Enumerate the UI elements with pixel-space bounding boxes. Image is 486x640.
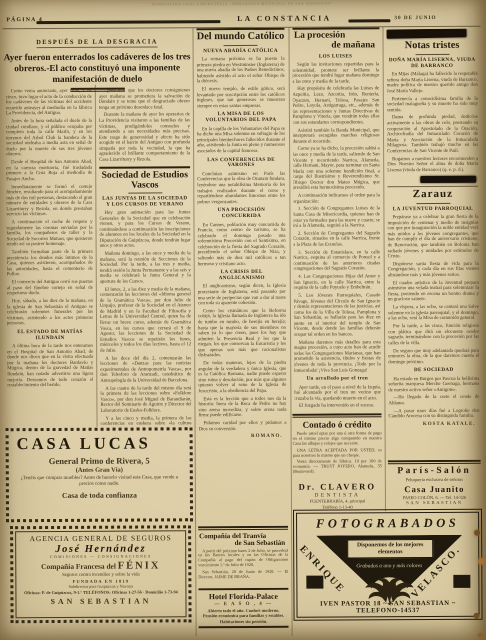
paragraph: Pertenecía a conocidísima familia de la … — [387, 96, 478, 113]
lead-headline: Ayer fueron enterrados los cadáveres de … — [4, 51, 191, 85]
paragraph: 2. Sección de Congregantes del Sagrado C… — [293, 231, 380, 248]
ad-paris-salon: París-Salón Peluquería exclusiva de seño… — [388, 460, 481, 511]
paragraph: El anglicanismo, según dicen, la Iglesia… — [198, 284, 286, 307]
section-title-sociedad-estudios-vascos: Sociedad de Estudios Vascos — [99, 170, 190, 191]
title-underline — [224, 45, 258, 46]
paragraph: Pensión económica para familias y establ… — [199, 613, 289, 619]
ad-agencia-heading: AGENCIA GENERAL DE SEGUROS — [19, 533, 182, 543]
ad-agencia-coverage: Seguros contra incendios y sobre la vida — [19, 572, 182, 578]
ad-tranvia-body: A partir del próximo lunes 2 de Julio, s… — [198, 548, 288, 580]
column-rule-1 — [94, 85, 97, 427]
paragraph-group: Hoy gran animación para las Juntas Gener… — [99, 210, 191, 426]
title-underline — [415, 54, 449, 55]
ad-fotograbados-address: IVEN PASTOR 18 ~ SAN SEBASTIAN ~ TELEFON… — [297, 600, 478, 615]
ad-contado-body: Puede usted optar por una ú otra forma d… — [293, 430, 382, 474]
ad-clavero-phone: Teléfono 1-13-40 — [293, 504, 382, 509]
paragraph: Hoy gran animación para las Juntas Gener… — [99, 210, 190, 249]
paragraph-group: ...prestaron que los doctores consiguier… — [99, 88, 190, 163]
subhead-los-luises: LOS LUISES — [294, 54, 377, 60]
paragraph: 5. Los Jóvenes Parroquiales, Casado Páva… — [293, 293, 380, 338]
masthead-rule-right — [348, 19, 390, 22]
paragraph: Hoy, sábado, a las diez de la mañana, en… — [7, 299, 93, 327]
paragraph: Mañana daremos más detalles para esta ma… — [294, 340, 381, 374]
section-title-procesion-line2: de mañana — [292, 40, 379, 51]
paragraph: De seguro que muy adelantada quedará par… — [388, 348, 479, 365]
ad-contado-credito: Contado ó crédito Puede usted optar por … — [292, 413, 381, 479]
section-title-del-mundo-catolico: Del mundo Católico — [196, 32, 284, 43]
paragraph: ...prestaron que los doctores consiguier… — [99, 88, 190, 111]
subhead-obituary-name: DOÑA MARÍA LISERNA, VIUDA DE BARRANCO — [389, 58, 476, 70]
ad-clavero-name: Dr. CLAVERO — [293, 481, 382, 491]
ad-clavero-profession: DENTISTA — [293, 492, 382, 498]
ad-top-rule — [292, 413, 381, 417]
ad-agencia-company: Compañía Francesa del FÉNIX — [19, 560, 182, 572]
paragraph: Como venía anunciado, ayer tarde, a las … — [6, 89, 92, 117]
masthead-rule-left — [36, 20, 220, 24]
ad-fotograbados-velasco: FOTOGRABADOS Disponemos de los mejores e… — [296, 512, 480, 618]
paragraph: La víspera, a las ocho, se cantará una S… — [388, 305, 479, 322]
lead-article-column-1: Como venía anunciado, ayer tarde, a las … — [6, 89, 94, 426]
ad-casa-lucas: CASA LUCAS General Primo de Rivera, 5 (A… — [6, 427, 193, 522]
subhead-conferencias: LAS CONFERENCIAS DE VARONES — [199, 157, 283, 169]
column-2: ...prestaron que los doctores consiguier… — [99, 88, 192, 425]
ad-hotel-florida-palace: Hotel Florida-Palace — E A S O , 4 — Abi… — [198, 588, 288, 635]
paragraph: Ayer tarde, en el paso a nivel de la Izq… — [294, 385, 381, 402]
paragraph-group: Mañana daremos más detalles para esta ma… — [294, 340, 381, 374]
paragraph: A última hora de la tarde nos enteramos … — [7, 344, 93, 389]
paragraph: —A pasar unos días fué a Logroño don Cán… — [388, 409, 479, 421]
column-3-mundo-catolico: Del mundo Católico NUEVA ABADÍA CATÓLICA… — [196, 28, 287, 524]
paragraph: Asistirá también la Banda Municipal, que… — [292, 128, 379, 145]
ad-top-rule — [198, 588, 288, 590]
ad-paris-salon-title: París-Salón — [388, 466, 481, 476]
ad-fotograbados-title: FOTOGRABADOS — [297, 516, 478, 532]
title-underline — [128, 192, 162, 193]
subhead-misa-voluntarios: LA MISA DE LOS VOLUNTARIOS DEL PAPA — [199, 112, 283, 124]
paragraph: UNA LETRA ACEPTADA POR USTED, es para no… — [293, 447, 382, 458]
subhead-crisis-anglicanismo: LA CRISIS DEL ANGLICANISMO — [200, 270, 284, 282]
paragraph: Esta es la lección que a todos nos da la… — [198, 396, 286, 419]
ad-agencia-city: SAN SEBASTIAN — [19, 596, 182, 606]
paragraph: También formaban parte de la primera pre… — [7, 250, 93, 278]
paragraph-group: En Cannes, población muy concurrida de F… — [197, 222, 285, 267]
paragraph: El nuevo templo, de estilo gótico, será … — [197, 87, 285, 110]
paragraph: 4. Las Congregaciones Hijas del Amor y S… — [293, 274, 380, 291]
ad-agencia-company-fenix: FÉNIX — [118, 560, 161, 571]
section-title-notas-tristes: Notas tristes — [387, 41, 478, 52]
ad-casa-lucas-tagline: Casa de toda confianza — [13, 490, 186, 500]
paragraph: El lunes, 2, a las diez y media de la ma… — [100, 287, 191, 354]
paragraph: A continuación indicamos el orden para l… — [293, 193, 380, 205]
paragraph: A las cuatro de la tarde del mismo día s… — [100, 386, 191, 414]
ad-fotograbados-script-line: Grabados a uno y más colores — [344, 563, 434, 569]
section-title-zarauz: Zarauz — [387, 189, 478, 201]
paragraph: En Cannes, población muy concurrida de F… — [197, 222, 285, 267]
ad-casa-lucas-address: General Primo de Rivera, 5 — [13, 455, 186, 466]
column-5: Notas tristes DOÑA MARÍA LISERNA, VIUDA … — [386, 29, 479, 459]
subhead-nueva-abadia: NUEVA ABADÍA CATÓLICA — [199, 49, 283, 55]
ad-casa-lucas-title: CASA LUCAS — [13, 433, 186, 454]
paragraph-group: Según las invitaciones repartidas para l… — [292, 62, 380, 205]
paragraph: Según las invitaciones repartidas para l… — [292, 62, 379, 85]
paragraph: Prepárase ya a celebrar la gran fiesta d… — [387, 215, 478, 260]
ad-agencia-company-prefix: Compañía Francesa del — [41, 561, 116, 570]
library-stamp: DONOSTIAKO UDAL LIBURUTEGIA - BIBLIOTECA… — [0, 1, 484, 8]
decorative-black-square-right — [453, 575, 470, 588]
paragraph: En Mijas (Málaga) ha fallecido la respet… — [387, 72, 478, 95]
paragraph: San Sebastián, 28 de Junio de 1928. — El… — [198, 570, 288, 580]
paragraph: Dama de profunda piedad, dedicóse activa… — [387, 115, 478, 154]
ad-fotograbados-claim-box: Disponemos de los mejores elementos — [347, 539, 433, 559]
ad-agencia-services: COMISIONES — CONSIGNACIONES — [19, 554, 182, 559]
paragraph: 1. Sección de Congregantes Luises de la … — [293, 207, 380, 230]
paragraph-group: A última hora de la tarde nos enteramos … — [7, 344, 93, 389]
paragraph-group: Ha estado en Burgos por Pascua la bellís… — [388, 376, 479, 420]
paragraph: Puede usted optar por una ú otra forma d… — [293, 430, 382, 446]
column-4-procesion: La procesión de mañana LOS LUISES Según … — [292, 27, 381, 411]
ad-agencia-inner-frame: AGENCIA GENERAL DE SEGUROS José Hernánde… — [15, 530, 186, 618]
newspaper-title: LA CONSTANCIA — [224, 13, 344, 23]
paragraph-group: Como venía anunciado, ayer tarde, a las … — [6, 89, 93, 327]
subhead-arrollado-tren: Un arrollado por el tren — [296, 376, 379, 382]
section-rule — [99, 166, 190, 168]
ad-contado-title: Contado ó crédito — [293, 419, 382, 429]
paragraph-group: En la capilla de los Voluntarios del Pap… — [197, 127, 285, 155]
subhead-estado-ilundain: EL ESTADO DE MATÍAS ILUNDAIN — [9, 330, 91, 342]
ad-agencia-seguros: AGENCIA GENERAL DE SEGUROS José Hernánde… — [10, 525, 192, 623]
paragraph: Desde el Hospital de San Antonio Abad, e… — [6, 160, 92, 183]
paragraph: 3. Sección de Estanislaos, en la calle N… — [293, 250, 380, 273]
ad-dr-clavero: Dr. CLAVERO DENTISTA FUENTERRABÍA, 4, pr… — [293, 481, 382, 510]
subhead-procesion-concurrida: UNA PROCESIÓN CONCURRIDA — [199, 208, 283, 220]
paragraph: Y a las cinco y media, la primera de las… — [101, 416, 192, 426]
paragraph: A partir del próximo lunes 2 de Julio, s… — [198, 548, 288, 568]
paragraph: Rogamos a nuestros lectores encomienden … — [387, 156, 478, 173]
ad-paris-salon-city: SAN SEBASTIAN — [388, 500, 481, 505]
paragraph-group: En Mijas (Málaga) ha fallecido la respet… — [387, 72, 479, 174]
paragraph: El comercio del Antiguo cerró sus puerta… — [7, 280, 93, 297]
lead-article-header: DESPUÉS DE LA DESGRACIA Ayer fueron ente… — [3, 30, 190, 92]
ad-agencia-name: José Hernández — [19, 543, 182, 555]
column-rule-4 — [382, 27, 386, 511]
paragraph: Habitaciones sin pensión. — [199, 618, 289, 624]
ad-agencia-contact: Oficinas: P. de Guipúzcoa, 9-1.° TELÉFON… — [19, 589, 182, 595]
title-underline — [416, 203, 450, 204]
paragraph: —Ha llegado de la corte el conde de Alda… — [388, 395, 479, 407]
paragraph: Pidamos caridad por ellos y pidamos a Di… — [199, 421, 287, 433]
paragraph: En la capilla de los Voluntarios del Pap… — [197, 127, 285, 155]
newspaper-page-scan: DONOSTIAKO UDAL LIBURUTEGIA - BIBLIOTECA… — [0, 0, 486, 640]
paragraph: Dispónese santa fiesta de vida para la C… — [388, 262, 479, 279]
ad-top-rule — [198, 526, 288, 530]
paragraph: El cuadro artístico de la Juventud prepa… — [388, 281, 479, 304]
paragraph: Como ya se ha dicho, la procesión saldrá… — [293, 147, 380, 192]
ad-paris-salon-subtitle: Peluquería exclusiva de señoras — [388, 477, 481, 482]
ad-top-rule — [388, 460, 481, 464]
paragraph: Mañana domingo, a las once y media de la… — [100, 251, 191, 285]
article-signature-romano: ROMANO. — [199, 434, 287, 440]
ad-hotel-features: Abierto todo el año. Confort moderno.Pen… — [199, 607, 289, 624]
subhead-juventud-parroquial: LA JUVENTUD PARROQUIAL — [389, 207, 476, 213]
paragraph: Ha estado en Burgos por Pascua la bellís… — [388, 376, 479, 393]
edition-date: 30 DE JUNIO — [394, 15, 474, 21]
ad-casa-lucas-address2: (Antes Gran Vía) — [13, 466, 186, 474]
rust-stain — [478, 633, 484, 638]
paragraph: De todas maneras, lejos de la piedra ang… — [198, 361, 286, 395]
paragraph: Venta directamente de fábrica. 10 por 10… — [293, 459, 382, 475]
censor-redaction-bar-top — [386, 29, 466, 39]
ad-tranvia-notice: Compañía del Tranvía de San Sebastián A … — [198, 526, 288, 585]
ad-bottom-rule — [199, 625, 289, 627]
paragraph: Inmediatamente se formó el cortejo fúneb… — [6, 184, 92, 218]
decorative-black-square-left — [306, 576, 323, 589]
paragraph: A las doce del día 2, comenzarán las lec… — [100, 356, 191, 384]
paragraph: La semana próxima se ha puesto la primer… — [197, 57, 285, 85]
paragraph-group: El anglicanismo, según dicen, la Iglesia… — [198, 284, 287, 432]
article-signature-kosta-katale: KOSTA KATALE. — [389, 422, 480, 428]
paragraph: Durante la mañana de ayer los operarios … — [99, 113, 190, 164]
rust-stain — [478, 558, 483, 565]
paragraph: Por la tarde, a las cinco, función relig… — [388, 324, 479, 347]
newspaper-sheet: DONOSTIAKO UDAL LIBURUTEGIA - BIBLIOTECA… — [0, 0, 486, 640]
subhead-de-sociedad: DE SOCIEDAD — [390, 368, 477, 374]
paragraph: Hay propósito de celebrarla las Luises d… — [292, 87, 379, 126]
subhead-juntas-cursos: LAS JUNTAS DE LA SOCIEDAD Y LOS CURSOS D… — [101, 196, 188, 208]
paragraph-group: Concluían asimismo en París las Conferen… — [197, 172, 285, 206]
ad-hotel-street: — E A S O , 4 — — [198, 601, 288, 606]
paragraph: El Juzgado ha intervenido en el suceso. — [294, 404, 381, 410]
ad-hotel-title: Hotel Florida-Palace — [198, 591, 288, 600]
binding-hole — [474, 530, 480, 536]
lead-kicker: DESPUÉS DE LA DESGRACIA — [36, 38, 158, 48]
ad-casa-lucas-slogan: ¿Tenéis que comprar muebles? Antes de ha… — [19, 475, 180, 488]
paragraph: Antes de la hora señalada el duelo de la… — [6, 119, 92, 158]
paragraph: Como los cismáticos que la Reforma cobij… — [198, 309, 286, 360]
paragraph: Concluían asimismo en París las Conferen… — [197, 172, 285, 206]
paragraph-group: Ayer tarde, en el paso a nivel de la Izq… — [294, 385, 381, 410]
procession-order-list: 1. Sección de Congregantes Luises de la … — [293, 207, 381, 339]
paragraph-group: La semana próxima se ha puesto la primer… — [197, 57, 285, 110]
ad-casa-juanito-name: Casa Juanito — [388, 483, 481, 493]
paragraph: A continuación el coche de respeto y seg… — [6, 220, 92, 248]
paragraph-group: Prepárase ya a celebrar la gran fiesta d… — [387, 215, 479, 365]
binding-hole — [474, 613, 480, 619]
censor-redaction-bar-middle — [420, 176, 476, 183]
ad-agencia-subdirector: Subdirector para Guipúzcoa y Navarra — [19, 583, 182, 589]
